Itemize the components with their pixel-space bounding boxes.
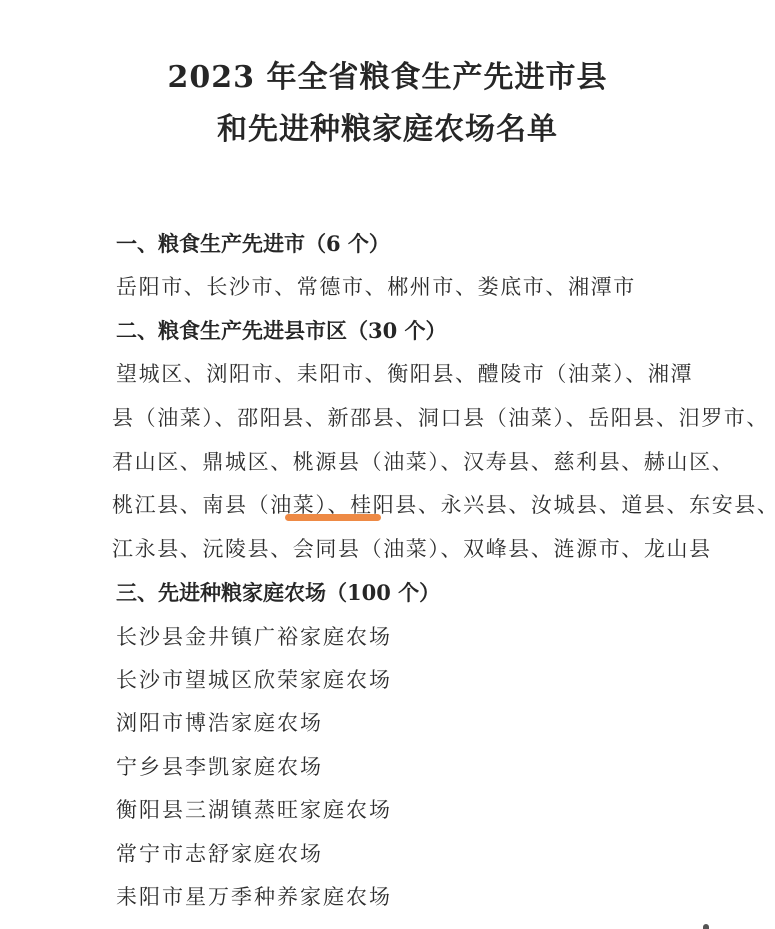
page-number-fragment — [703, 924, 709, 929]
section-heading-family-farms: 三、先进种粮家庭农场（100 个） — [116, 577, 440, 607]
farm-item: 衡阳县三湖镇蒸旺家庭农场 — [116, 794, 392, 824]
counties-list-line-5: 江永县、沅陵县、会同县（油菜）、双峰县、涟源市、龙山县 — [112, 533, 712, 563]
farm-item: 浏阳市博浩家庭农场 — [116, 707, 323, 737]
farm-item: 宁乡县李凯家庭农场 — [116, 751, 323, 781]
advanced-cities-list: 岳阳市、长沙市、常德市、郴州市、娄底市、湘潭市 — [116, 271, 636, 301]
counties-list-line-1: 望城区、浏阳市、耒阳市、衡阳县、醴陵市（油菜）、湘潭 — [116, 358, 693, 388]
section-heading-advanced-cities: 一、粮食生产先进市（6 个） — [116, 228, 390, 258]
counties-list-line-3: 君山区、鼎城区、桃源县（油菜）、汉寿县、慈利县、赫山区、 — [112, 446, 734, 476]
farm-item: 常宁市志舒家庭农场 — [116, 838, 323, 868]
section-heading-advanced-counties: 二、粮食生产先进县市区（30 个） — [116, 315, 447, 345]
orange-highlight-underline — [285, 514, 381, 521]
farm-item: 耒阳市星万季种养家庭农场 — [116, 881, 392, 911]
document-title-line-1: 2023 年全省粮食生产先进市县 — [0, 52, 775, 96]
counties-list-line-2: 县（油菜）、邵阳县、新邵县、洞口县（油菜）、岳阳县、汨罗市、 — [112, 402, 769, 432]
farm-item: 长沙县金井镇广裕家庭农场 — [116, 621, 392, 651]
farm-item: 长沙市望城区欣荣家庭农场 — [116, 664, 392, 694]
document-title-line-2: 和先进种粮家庭农场名单 — [0, 104, 775, 148]
counties-list-line-4-after: 、永兴县、汝城县、道县、东安县、 — [418, 493, 775, 517]
counties-list-line-4: 桃江县、南县（油菜）、桂阳县、永兴县、汝城县、道县、东安县、 — [112, 489, 775, 519]
